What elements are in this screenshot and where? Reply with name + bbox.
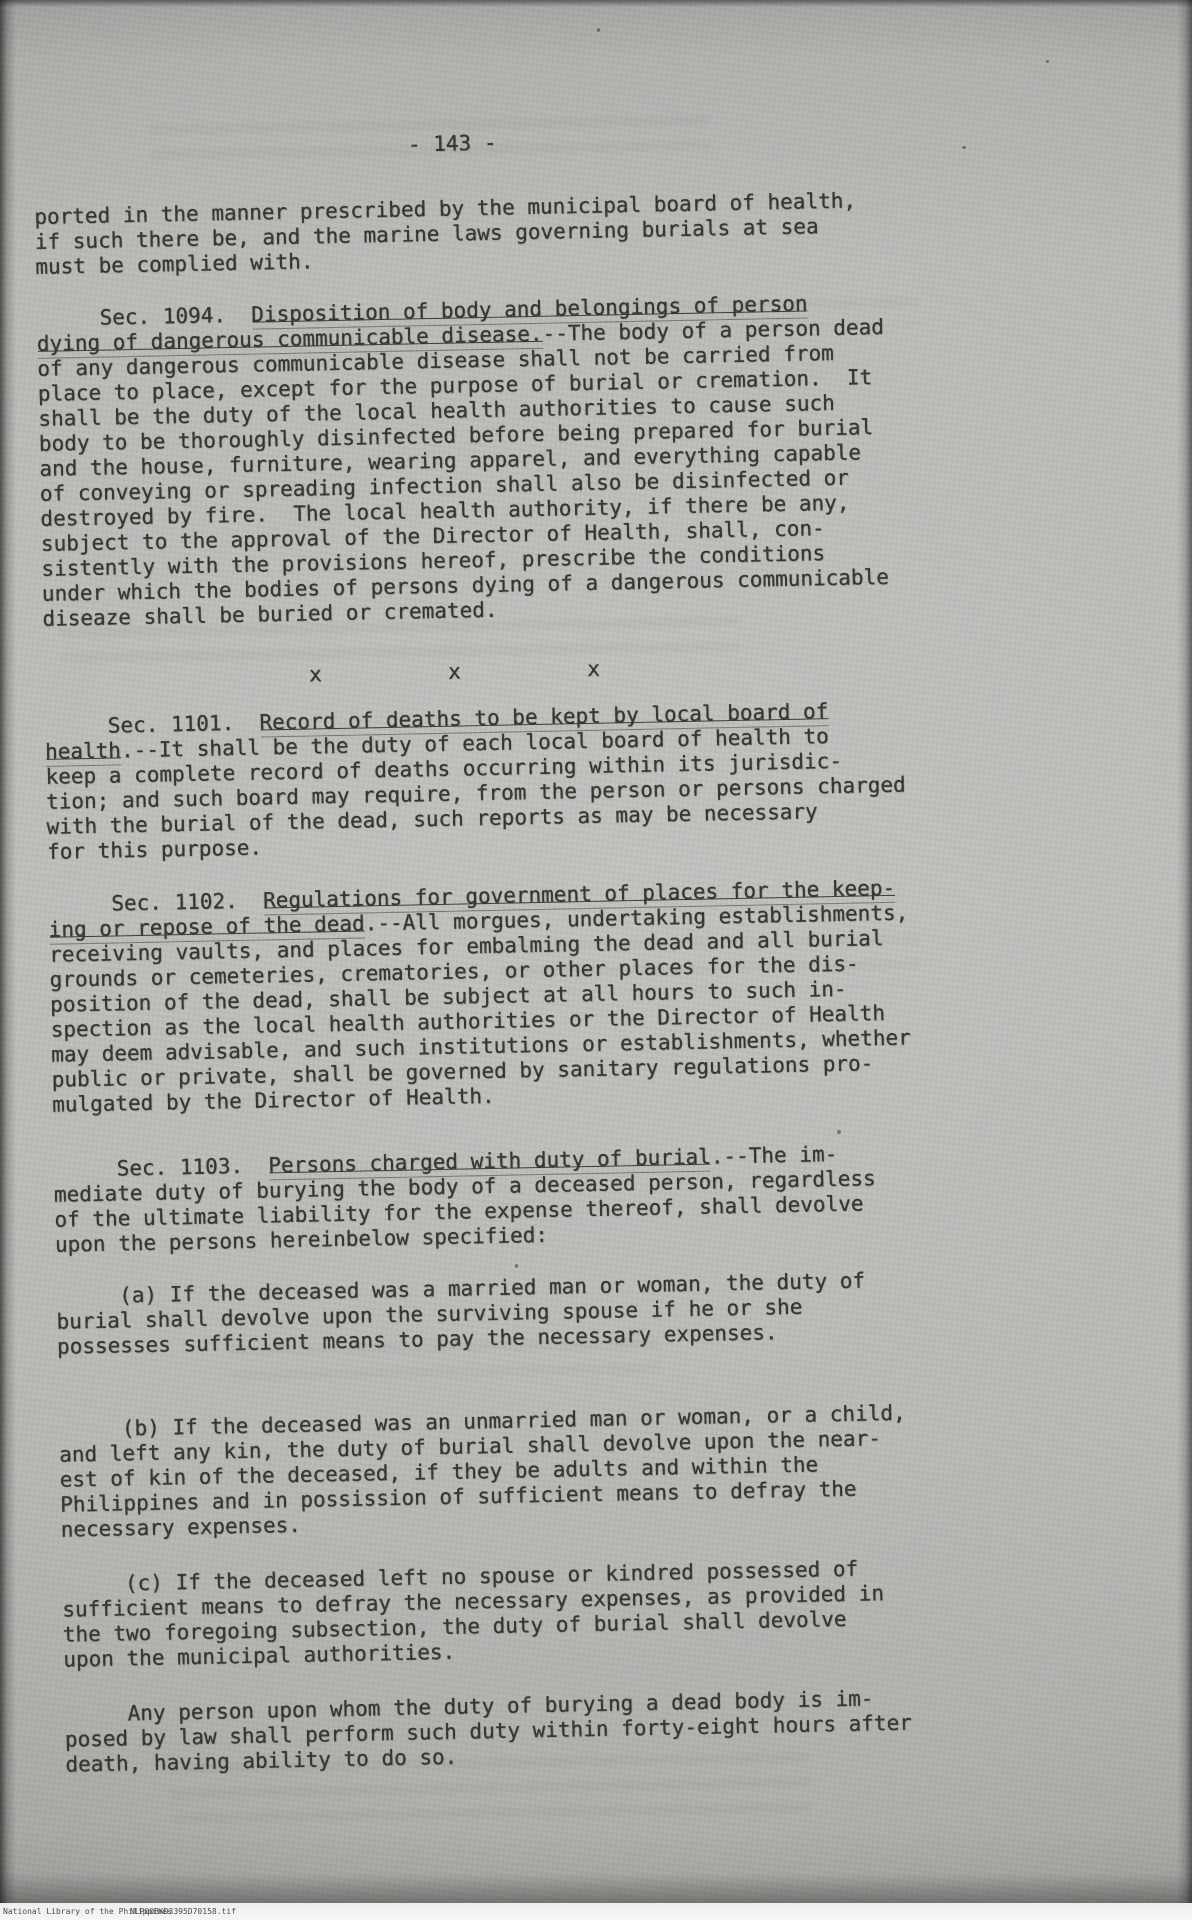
scanner-footer-bar: National Library of the Philippines NLP0… [0,1903,1192,1920]
sec-1101-paragraph: Sec. 1101. Record of deaths to be kept b… [44,698,907,865]
closing-paragraph: Any person upon whom the duty of burying… [64,1686,912,1778]
section-separator: x x x [43,657,600,693]
text-segment: .--The im- [711,1142,838,1169]
subsection-a-paragraph: (a) If the deceased was a married man or… [56,1269,866,1360]
text-segment: x x x [43,657,600,692]
scan-edge-top [0,0,1192,7]
text-segment: must be complied with. [35,249,314,279]
text-segment: Sec. 1102. [48,889,263,917]
text-segment: necessary expenses. [60,1513,301,1542]
sec-1094-paragraph: Sec. 1094. Disposition of body and belon… [36,290,889,632]
dust-speck [837,1130,841,1134]
sec-1103-paragraph: Sec. 1103. Persons charged with duty of … [53,1141,877,1257]
underlined-text-segment: Persons charged with duty of burial [268,1145,711,1178]
dust-speck [1046,60,1049,63]
subsection-c-paragraph: (c) If the deceased left no spouse or ki… [62,1556,886,1672]
subsection-b-paragraph: (b) If the deceased was an unmarried man… [58,1401,907,1543]
text-segment: for this purpose. [47,836,262,864]
scan-edge-bottom [0,1873,1192,1903]
scan-edge-right [1177,0,1192,1920]
dust-speck [962,146,966,149]
underlined-text-segment: ing or repose of the dead [48,911,364,941]
text-segment: Sec. 1094. [36,303,251,331]
footer-filename-label: NLP00BKD3395D70158.tif [130,1903,236,1920]
underlined-text-segment: health [45,738,121,764]
dust-speck [515,1264,518,1268]
continuation-paragraph: ported in the manner prescribed by the m… [34,188,857,279]
text-segment: Sec. 1103. [53,1153,268,1181]
dust-speck [597,28,600,32]
page-number: - 143 - [408,131,497,158]
text-line: x x x [43,657,600,693]
typewritten-text-layer: - 143 - ported in the manner prescribed … [30,0,1028,1880]
scanned-document-page: - 143 - ported in the manner prescribed … [0,0,1192,1920]
scan-edge-left [0,0,16,1920]
sec-1102-paragraph: Sec. 1102. Regulations for government of… [48,876,912,1118]
text-segment: Sec. 1101. [44,711,259,739]
